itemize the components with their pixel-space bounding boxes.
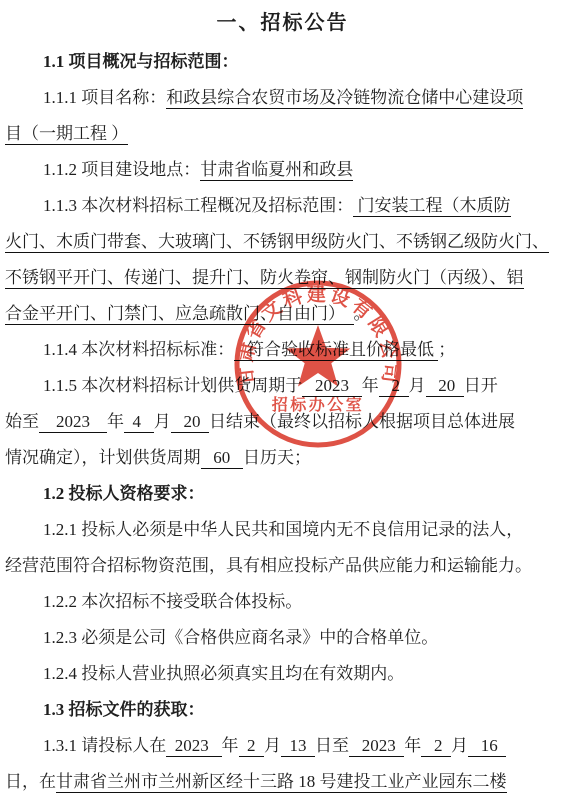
text-segment: 1.2.4 投标人营业执照必须真实且均在有效期内。 [43, 664, 404, 683]
text-line: 1.2.3 必须是公司《合格供应商名录》中的合格单位。 [5, 620, 560, 656]
text-segment: 月 [264, 736, 281, 755]
text-segment: 日结束（最终以招标人根据项目总体进展 [209, 412, 515, 431]
filled-blank: 16 [468, 736, 506, 757]
text-segment: 日历天； [243, 448, 311, 467]
filled-blank: 20 [171, 412, 209, 433]
filled-blank: 60 [201, 448, 244, 469]
text-segment: 1.2.3 必须是公司《合格供应商名录》中的合格单位。 [43, 628, 438, 647]
text-segment: 1.3 招标文件的获取： [43, 700, 205, 719]
text-segment: 。 [354, 304, 371, 323]
text-line: 1.1.3 本次材料招标工程概况及招标范围： 门安装工程（木质防 [5, 188, 560, 224]
filled-blank: 2023 [302, 376, 362, 397]
text-segment: 1.1.3 本次材料招标工程概况及招标范围： [43, 196, 353, 215]
text-segment: 1.1.4 本次材料招标标准： [43, 340, 234, 359]
text-segment: 月 [154, 412, 171, 431]
text-segment: 年 [222, 736, 239, 755]
text-segment: 1.1.5 本次材料招标计划供货周期于 [43, 376, 302, 395]
text-line: 1.2.1 投标人必须是中华人民共和国境内无不良信用记录的法人， [5, 512, 560, 548]
text-segment: 1.2.1 投标人必须是中华人民共和国境内无不良信用记录的法人， [43, 520, 523, 539]
text-segment: 年 [404, 736, 421, 755]
text-segment: 1.1.2 项目建设地点： [43, 160, 200, 179]
text-segment: 年 [362, 376, 379, 395]
text-segment: 月 [451, 736, 468, 755]
text-line: 经营范围符合招标物资范围，具有相应投标产品供应能力和运输能力。 [5, 548, 560, 584]
text-line: 目（一期工程 ） [5, 116, 560, 152]
text-segment: 1.2.2 本次招标不接受联合体投标。 [43, 592, 302, 611]
filled-blank: 20 [426, 376, 464, 397]
text-segment: 日，在 [5, 772, 56, 791]
filled-blank: 2023 [39, 412, 107, 433]
text-segment: 日开 [464, 376, 498, 395]
filled-blank: 和政县综合农贸市场及冷链物流仓储中心建设项 [166, 88, 523, 109]
filled-blank: 甘肃省临夏州和政县 [200, 160, 353, 181]
page-title: 一、招标公告 [5, 6, 560, 44]
text-line: 情况确定），计划供货周期 60 日历天； [5, 440, 560, 476]
text-line: 合金平开门、门禁门、应急疏散门、自由门） 。 [5, 296, 560, 332]
filled-blank: 不锈钢平开门、传递门、提升门、防火卷帘、钢制防火门（丙级）、铝 [5, 268, 524, 289]
text-line: 1.2 投标人资格要求： [5, 476, 560, 512]
filled-blank: 符合验收标准且价格最低 [234, 340, 438, 361]
text-segment: 年 [107, 412, 124, 431]
document-lines: 1.1 项目概况与招标范围：1.1.1 项目名称：和政县综合农贸市场及冷链物流仓… [5, 44, 560, 799]
filled-blank: 2 [379, 376, 409, 397]
text-line: 不锈钢平开门、传递门、提升门、防火卷帘、钢制防火门（丙级）、铝 [5, 260, 560, 296]
text-segment: 情况确定），计划供货周期 [5, 448, 201, 467]
text-line: 1.1.5 本次材料招标计划供货周期于 2023 年 2 月 20 日开 [5, 368, 560, 404]
text-segment: ； [438, 340, 455, 359]
filled-blank: 2023 [349, 736, 404, 757]
filled-blank: 2023 [166, 736, 221, 757]
text-line: 日，在甘肃省兰州市兰州新区经十三路 18 号建投工业产业园东二楼 [5, 764, 560, 799]
text-line: 1.1.1 项目名称：和政县综合农贸市场及冷链物流仓储中心建设项 [5, 80, 560, 116]
filled-blank: 火门、木质门带套、大玻璃门、不锈钢甲级防火门、不锈钢乙级防火门、 [5, 232, 549, 253]
text-line: 1.1.4 本次材料招标标准： 符合验收标准且价格最低 ； [5, 332, 560, 368]
text-line: 1.2.4 投标人营业执照必须真实且均在有效期内。 [5, 656, 560, 692]
filled-blank: 4 [124, 412, 154, 433]
text-segment: 始至 [5, 412, 39, 431]
text-line: 1.1.2 项目建设地点：甘肃省临夏州和政县 [5, 152, 560, 188]
filled-blank: 甘肃省兰州市兰州新区经十三路 18 号建投工业产业园东二楼 [56, 772, 507, 793]
text-segment: 月 [409, 376, 426, 395]
announcement-document: 一、招标公告 1.1 项目概况与招标范围：1.1.1 项目名称：和政县综合农贸市… [0, 0, 565, 799]
text-segment: 1.2 投标人资格要求： [43, 484, 205, 503]
filled-blank: 合金平开门、门禁门、应急疏散门、自由门） [5, 304, 354, 325]
text-line: 1.1 项目概况与招标范围： [5, 44, 560, 80]
text-line: 1.3 招标文件的获取： [5, 692, 560, 728]
text-line: 始至 2023 年 4 月 20 日结束（最终以招标人根据项目总体进展 [5, 404, 560, 440]
text-line: 1.3.1 请投标人在 2023 年 2 月 13 日至 2023 年 2 月 … [5, 728, 560, 764]
text-segment: 经营范围符合招标物资范围，具有相应投标产品供应能力和运输能力。 [5, 556, 532, 575]
text-segment: 1.3.1 请投标人在 [43, 736, 166, 755]
filled-blank: 2 [239, 736, 265, 757]
filled-blank: 2 [421, 736, 451, 757]
filled-blank: 门安装工程（木质防 [353, 196, 510, 217]
text-line: 火门、木质门带套、大玻璃门、不锈钢甲级防火门、不锈钢乙级防火门、 [5, 224, 560, 260]
text-segment: 1.1.1 项目名称： [43, 88, 166, 107]
text-segment: 日至 [315, 736, 349, 755]
text-line: 1.2.2 本次招标不接受联合体投标。 [5, 584, 560, 620]
text-segment: 1.1 项目概况与招标范围： [43, 52, 239, 71]
filled-blank: 目（一期工程 ） [5, 124, 128, 145]
filled-blank: 13 [281, 736, 315, 757]
